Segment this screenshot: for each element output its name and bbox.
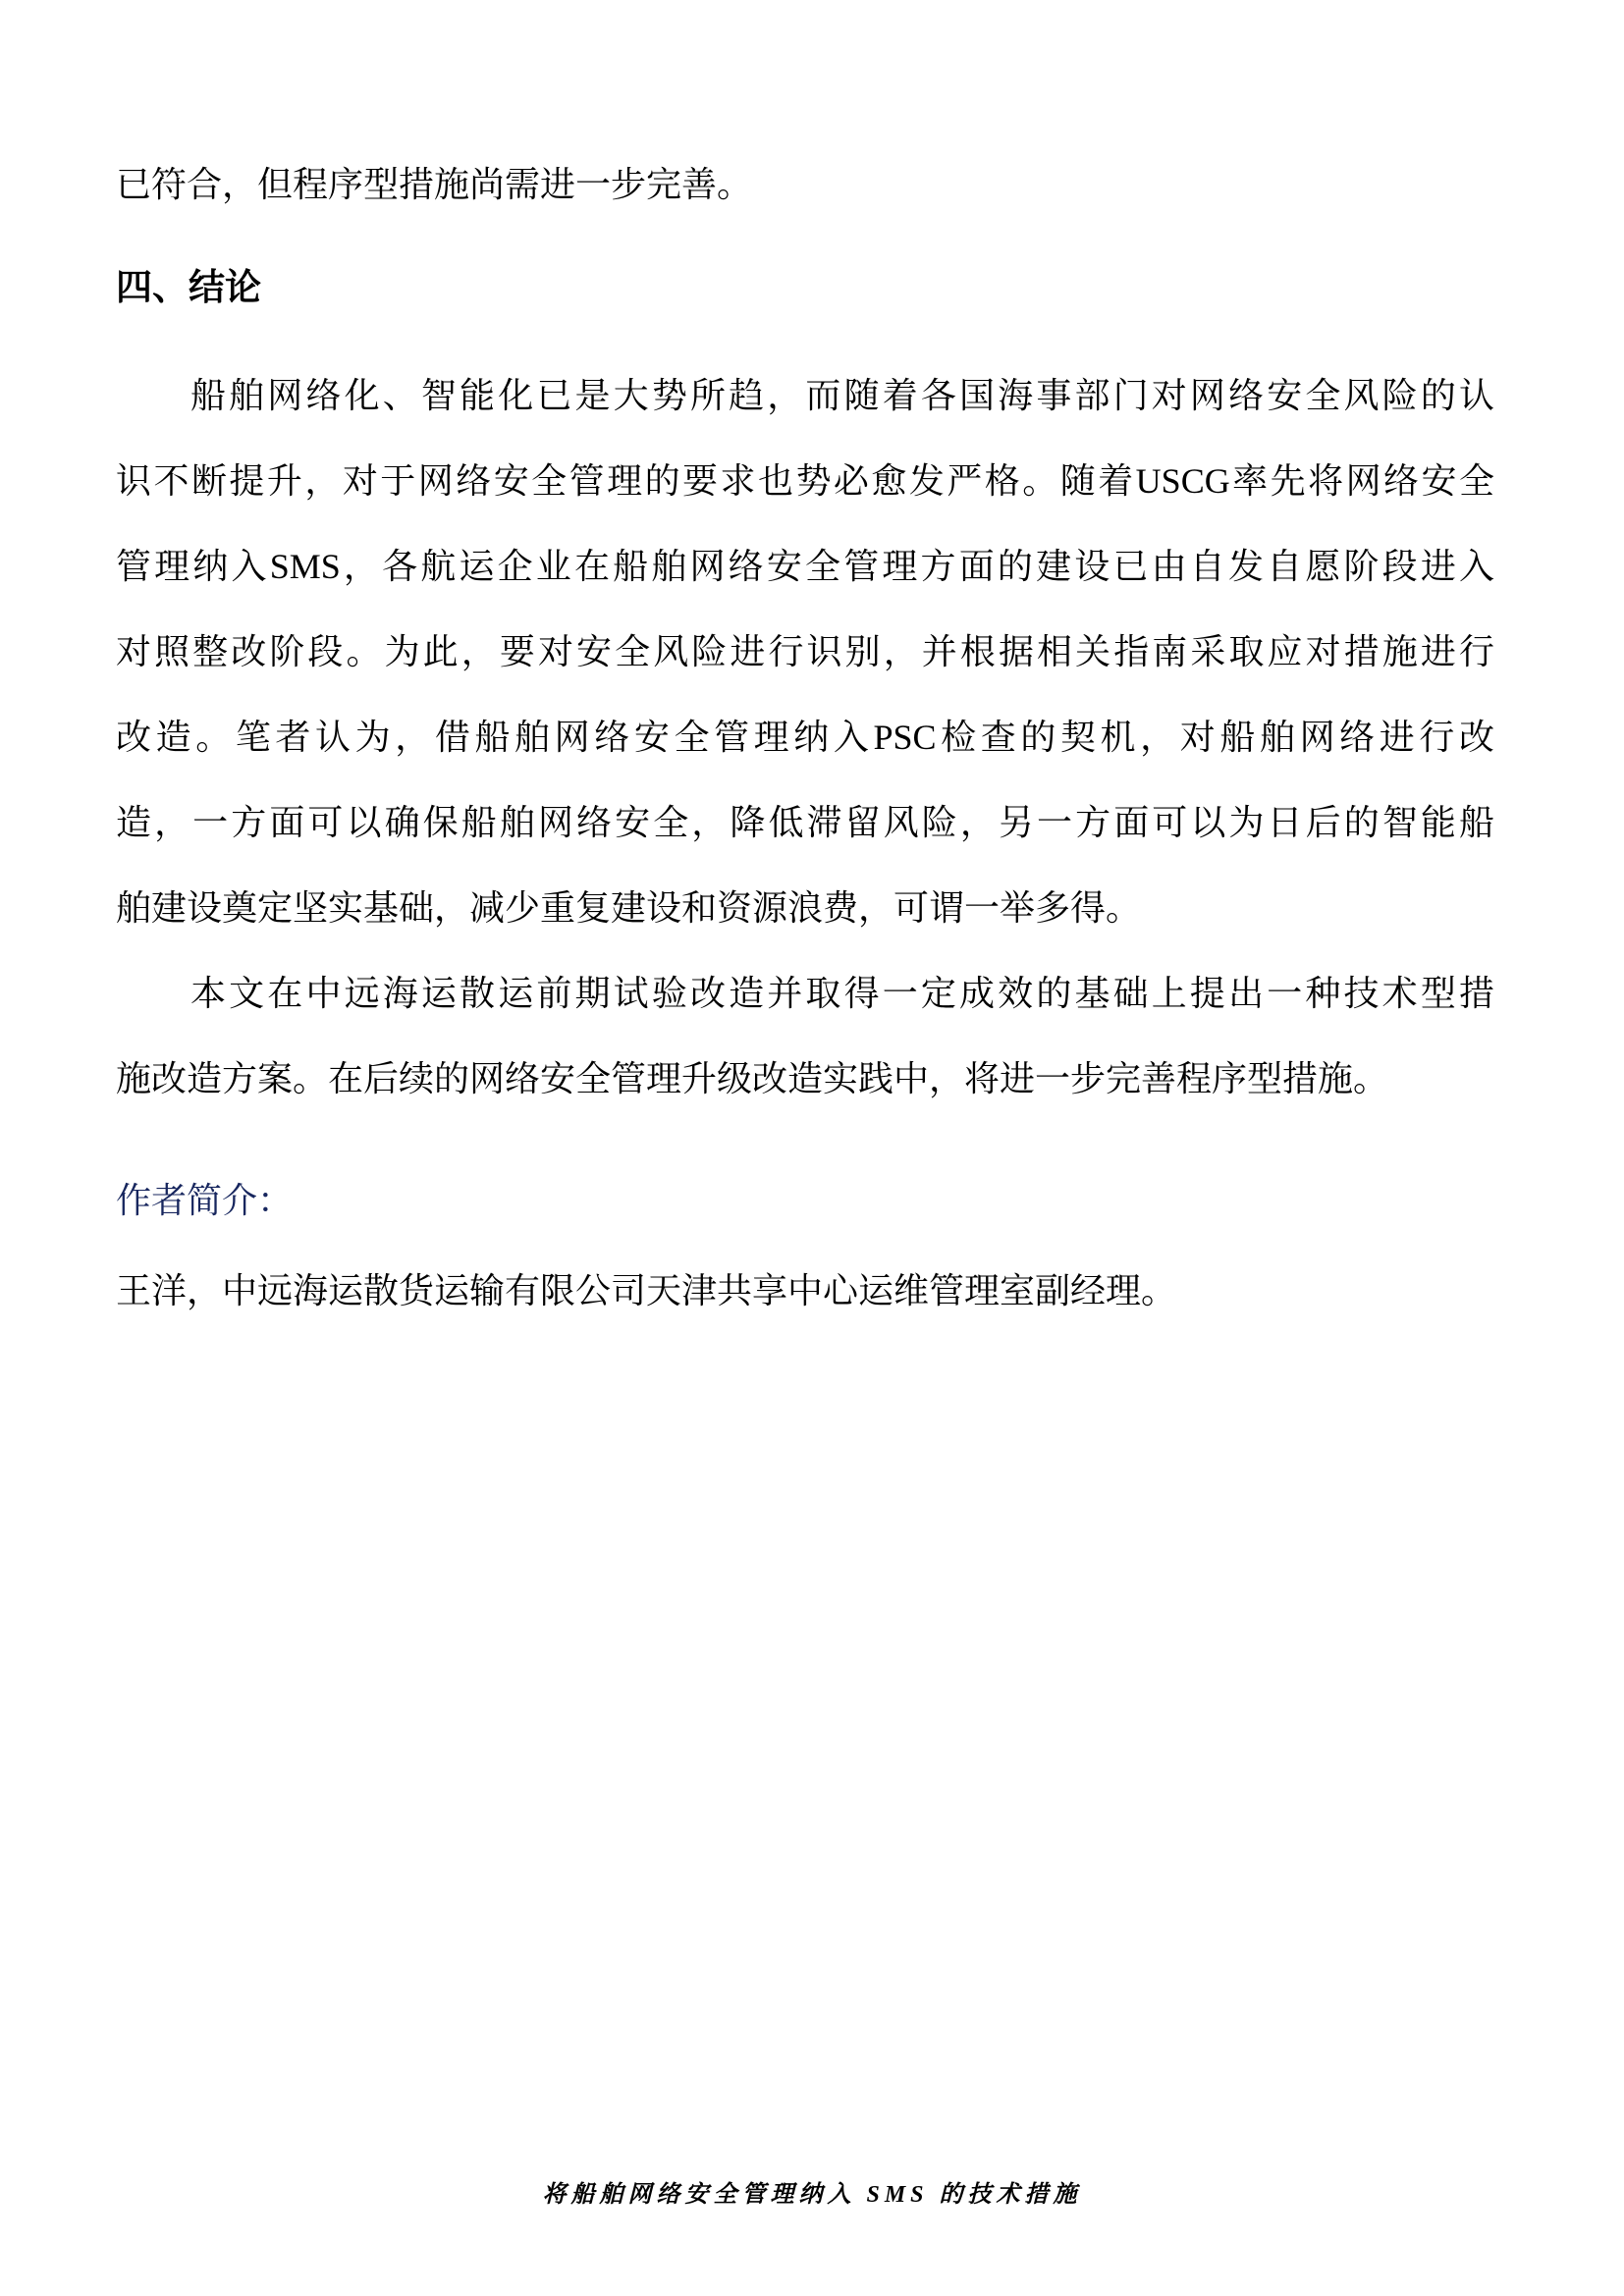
text-line: 识不断提升，对于网络安全管理的要求也势必愈发严格。随着USCG率先将网络安全: [116, 439, 1494, 524]
text-line: 本文在中远海运散运前期试验改造并取得一定成效的基础上提出一种技术型措: [116, 951, 1494, 1037]
author-section-heading: 作者简介：: [116, 1158, 1494, 1244]
text-line: 对照整改阶段。为此，要对安全风险进行识别，并根据相关指南采取应对措施进行: [116, 610, 1494, 695]
text-line: 船舶网络化、智能化已是大势所趋，而随着各国海事部门对网络安全风险的认: [116, 353, 1494, 439]
text-line: 改造。笔者认为，借船舶网络安全管理纳入PSC检查的契机，对船舶网络进行改: [116, 695, 1494, 780]
page-footer-title: 将船舶网络安全管理纳入 SMS 的技术措施: [0, 2177, 1624, 2213]
paragraph-summary: 本文在中远海运散运前期试验改造并取得一定成效的基础上提出一种技术型措 施改造方案…: [116, 951, 1494, 1122]
document-page: 已符合，但程序型措施尚需进一步完善。 四、结论 船舶网络化、智能化已是大势所趋，…: [0, 0, 1624, 2296]
continuation-line: 已符合，但程序型措施尚需进一步完善。: [116, 142, 1494, 228]
text-line: 管理纳入SMS，各航运企业在船舶网络安全管理方面的建设已由自发自愿阶段进入: [116, 524, 1494, 610]
section-heading-conclusion: 四、结论: [116, 245, 1494, 331]
paragraph-conclusion: 船舶网络化、智能化已是大势所趋，而随着各国海事部门对网络安全风险的认 识不断提升…: [116, 353, 1494, 951]
document-body: 已符合，但程序型措施尚需进一步完善。 四、结论 船舶网络化、智能化已是大势所趋，…: [116, 142, 1494, 1334]
text-line: 舶建设奠定坚实基础，减少重复建设和资源浪费，可谓一举多得。: [116, 866, 1494, 951]
text-line: 施改造方案。在后续的网络安全管理升级改造实践中，将进一步完善程序型措施。: [116, 1037, 1494, 1122]
author-bio-line: 王洋，中远海运散货运输有限公司天津共享中心运维管理室副经理。: [116, 1249, 1494, 1334]
text-line: 造，一方面可以确保船舶网络安全，降低滞留风险，另一方面可以为日后的智能船: [116, 780, 1494, 866]
